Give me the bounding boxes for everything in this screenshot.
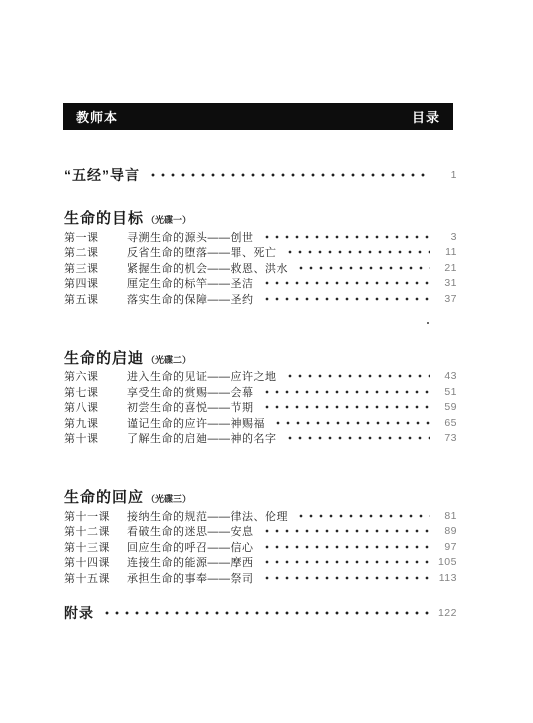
disc-label: （光碟一） <box>146 213 191 226</box>
lesson-number: 第十二课 <box>64 523 127 539</box>
lesson-number: 第十三课 <box>64 539 127 555</box>
toc-appendix-row: 附录 122 <box>64 603 457 623</box>
section-title: 生命的启迪 <box>64 347 144 368</box>
page-number: 11 <box>435 246 457 258</box>
section-title-row: 生命的回应 （光碟三） <box>64 486 457 508</box>
dot-leader <box>273 415 430 431</box>
page-number: 97 <box>435 541 457 553</box>
lesson-number: 第十四课 <box>64 554 127 570</box>
section-title: 生命的回应 <box>64 486 144 507</box>
lesson-number: 第四课 <box>64 275 127 291</box>
toc-lesson-row: 第九课 谨记生命的应许——神赐福 65 <box>64 415 457 431</box>
lesson-title: 落实生命的保障——圣约 <box>127 291 254 307</box>
lesson-title: 连接生命的能源——摩西 <box>127 554 254 570</box>
dot-leader <box>285 369 431 385</box>
lesson-title: 了解生命的启廸——神的名字 <box>127 430 277 446</box>
toc-content: “五经”导言 1 生命的目标 （光碟一） 第一课 寻溯生命的源头——创世 3 第… <box>64 165 457 623</box>
page-number: 122 <box>435 607 457 619</box>
page-header-bar: 教师本 目录 <box>63 103 453 130</box>
lesson-title: 厘定生命的标竿——圣洁 <box>127 275 254 291</box>
page-number: 81 <box>435 510 457 522</box>
dot-leader <box>296 508 430 524</box>
dot-leader <box>262 384 431 400</box>
page-number: 21 <box>435 262 457 274</box>
page-number: 37 <box>435 293 457 305</box>
appendix-label: 附录 <box>64 603 94 623</box>
page-number: 65 <box>435 417 457 429</box>
lesson-number: 第一课 <box>64 229 127 245</box>
dot-leader <box>262 524 431 540</box>
lesson-number: 第十课 <box>64 430 127 446</box>
toc-lesson-row: 第五课 落实生命的保障——圣约 37 <box>64 291 457 307</box>
dot-leader <box>285 245 431 261</box>
lesson-number: 第九课 <box>64 415 127 431</box>
lesson-number: 第三课 <box>64 260 127 276</box>
disc-label: （光碟二） <box>146 353 191 366</box>
section-title: 生命的目标 <box>64 207 144 228</box>
page-number: 113 <box>435 572 457 584</box>
dot-leader <box>296 260 430 276</box>
lesson-title: 紧握生命的机会——救恩、洪水 <box>127 260 288 276</box>
dot-leader <box>262 570 431 586</box>
dot-leader <box>148 165 430 185</box>
lesson-number: 第六课 <box>64 368 127 384</box>
disc-label: （光碟三） <box>146 492 191 505</box>
section-title-row: 生命的启迪 （光碟二） <box>64 347 457 369</box>
toc-section-goal: 生命的目标 （光碟一） 第一课 寻溯生命的源头——创世 3 第二课 反省生命的堕… <box>64 207 457 307</box>
dot-leader <box>262 539 431 555</box>
ink-dot-artifact <box>427 322 429 324</box>
lesson-title: 回应生命的呼召——信心 <box>127 539 254 555</box>
dot-leader <box>262 400 431 416</box>
page-number: 31 <box>435 277 457 289</box>
section-title-row: 生命的目标 （光碟一） <box>64 207 457 229</box>
toc-section-response: 生命的回应 （光碟三） 第十一课 接纳生命的规范——律法、伦理 81 第十二课 … <box>64 486 457 586</box>
toc-intro-row: “五经”导言 1 <box>64 165 457 185</box>
toc-lesson-row: 第十一课 接纳生命的规范——律法、伦理 81 <box>64 508 457 524</box>
lesson-title: 享受生命的赏赐——会幕 <box>127 384 254 400</box>
toc-lesson-row: 第七课 享受生命的赏赐——会幕 51 <box>64 384 457 400</box>
lesson-number: 第十一课 <box>64 508 127 524</box>
dot-leader <box>102 603 430 623</box>
page-number: 3 <box>435 231 457 243</box>
toc-lesson-row: 第六课 进入生命的见证——应许之地 43 <box>64 369 457 385</box>
page-number: 1 <box>435 169 457 181</box>
header-edition-label: 教师本 <box>76 107 118 126</box>
page-number: 51 <box>435 386 457 398</box>
toc-lesson-row: 第十三课 回应生命的呼召——信心 97 <box>64 539 457 555</box>
scanned-toc-page: 教师本 目录 “五经”导言 1 生命的目标 （光碟一） 第一课 寻溯生命的源头—… <box>0 0 533 723</box>
lesson-number: 第七课 <box>64 384 127 400</box>
toc-lesson-row: 第一课 寻溯生命的源头——创世 3 <box>64 229 457 245</box>
lesson-title: 反省生命的堕落——罪、死亡 <box>127 244 277 260</box>
header-contents-label: 目录 <box>412 107 440 126</box>
page-number: 73 <box>435 432 457 444</box>
dot-leader <box>262 291 431 307</box>
toc-lesson-row: 第十二课 看破生命的迷思——安息 89 <box>64 524 457 540</box>
dot-leader <box>262 229 431 245</box>
dot-leader <box>262 555 431 571</box>
page-number: 105 <box>435 556 457 568</box>
lesson-number: 第八课 <box>64 399 127 415</box>
lesson-title: 承担生命的事奉——祭司 <box>127 570 254 586</box>
toc-lesson-row: 第三课 紧握生命的机会——救恩、洪水 21 <box>64 260 457 276</box>
dot-leader <box>262 276 431 292</box>
lesson-number: 第十五课 <box>64 570 127 586</box>
page-number: 89 <box>435 525 457 537</box>
lesson-number: 第二课 <box>64 244 127 260</box>
toc-lesson-row: 第八课 初尝生命的喜悦——节期 59 <box>64 400 457 416</box>
lesson-title: 接纳生命的规范——律法、伦理 <box>127 508 288 524</box>
toc-lesson-row: 第四课 厘定生命的标竿——圣洁 31 <box>64 276 457 292</box>
lesson-number: 第五课 <box>64 291 127 307</box>
lesson-title: 看破生命的迷思——安息 <box>127 523 254 539</box>
intro-label: “五经”导言 <box>64 165 140 185</box>
page-number: 43 <box>435 370 457 382</box>
toc-lesson-row: 第十四课 连接生命的能源——摩西 105 <box>64 555 457 571</box>
toc-lesson-row: 第十五课 承担生命的事奉——祭司 113 <box>64 570 457 586</box>
page-number: 59 <box>435 401 457 413</box>
toc-lesson-row: 第二课 反省生命的堕落——罪、死亡 11 <box>64 245 457 261</box>
lesson-title: 寻溯生命的源头——创世 <box>127 229 254 245</box>
dot-leader <box>285 431 431 447</box>
lesson-title: 进入生命的见证——应许之地 <box>127 368 277 384</box>
lesson-title: 谨记生命的应许——神赐福 <box>127 415 265 431</box>
toc-section-inspiration: 生命的启迪 （光碟二） 第六课 进入生命的见证——应许之地 43 第七课 享受生… <box>64 347 457 447</box>
toc-lesson-row: 第十课 了解生命的启廸——神的名字 73 <box>64 431 457 447</box>
lesson-title: 初尝生命的喜悦——节期 <box>127 399 254 415</box>
